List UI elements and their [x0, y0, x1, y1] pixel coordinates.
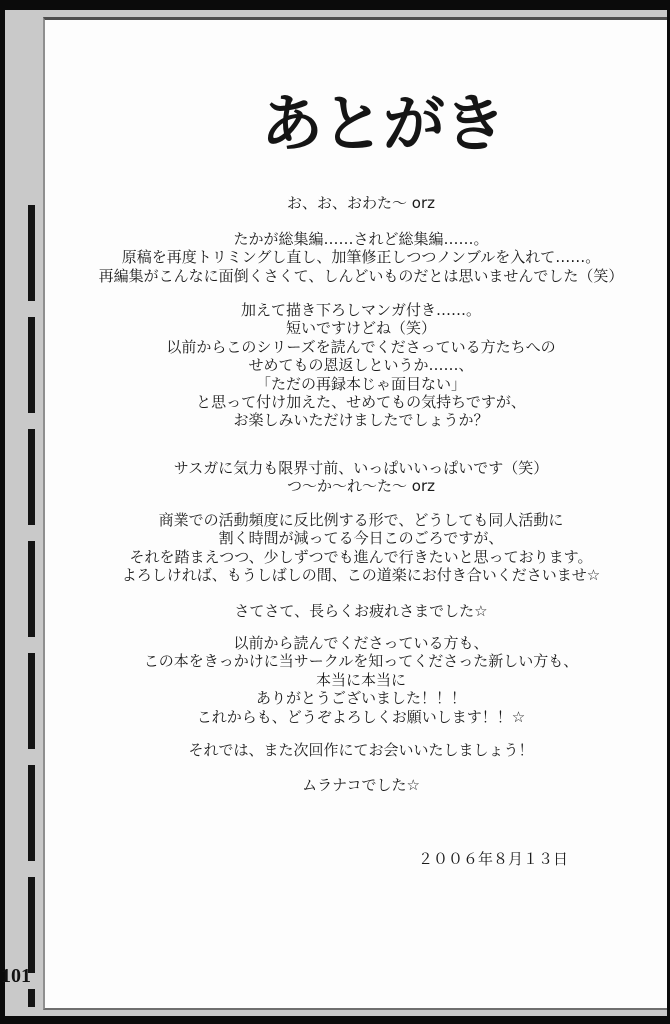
afterword-paragraph-opening: お、お、おわた～ orz — [50, 194, 670, 212]
text-line: この本をきっかけに当サークルを知ってくださった新しい方も、 — [50, 652, 670, 670]
text-line: さてさて、長らくお疲れさまでした☆ — [50, 602, 670, 620]
text-line: 本当に本当に — [50, 671, 670, 689]
text-line: 商業での活動頻度に反比例する形で、どうしても同人活動に — [50, 511, 670, 529]
afterword-paragraph-farewell: それでは、また次回作にてお会いいたしましょう！ — [50, 741, 670, 759]
text-line: 再編集がこんなに面倒くさくて、しんどいものだとは思いませんでした（笑） — [50, 267, 670, 285]
text-line: お楽しみいただけましたでしょうか？ — [50, 411, 670, 429]
afterword-paragraph-signature: ムラナコでした☆ — [50, 776, 670, 794]
text-line: と思って付け加えた、せめてもの気持ちですが、 — [50, 393, 670, 411]
page-number: 101 — [1, 966, 31, 986]
text-line: 原稿を再度トリミングし直し、加筆修正しつつノンブルを入れて……。 — [50, 248, 670, 266]
text-line: それでは、また次回作にてお会いいたしましょう！ — [50, 741, 670, 759]
text-line: 以前からこのシリーズを読んでくださっている方たちへの — [50, 338, 670, 356]
afterword-paragraph-compilation: たかが総集編……されど総集編……。原稿を再度トリミングし直し、加筆修正しつつノン… — [50, 230, 670, 285]
scanned-afterword-page: { "page": { "title": "あとがき", "page_numbe… — [0, 0, 670, 1024]
text-line: 以前から読んでくださっている方も、 — [50, 634, 670, 652]
afterword-paragraph-thanks-intro: さてさて、長らくお疲れさまでした☆ — [50, 602, 670, 620]
text-line: これからも、どうぞよろしくお願いします！！☆ — [50, 708, 670, 726]
afterword-paragraph-activity: 商業での活動頻度に反比例する形で、どうしても同人活動に割く時間が減ってる今日この… — [50, 511, 670, 585]
date-line: ２００６年８月１３日 — [343, 850, 643, 868]
text-line: 加えて描き下ろしマンガ付き……。 — [50, 301, 670, 319]
text-line: それを踏まえつつ、少しずつでも進んで行きたいと思っております。 — [50, 548, 670, 566]
text-line: サスガに気力も限界寸前、いっぱいいっぱいです（笑） — [50, 459, 670, 477]
afterword-paragraph-bonus-manga: 加えて描き下ろしマンガ付き……。短いですけどね（笑）以前からこのシリーズを読んで… — [50, 301, 670, 430]
text-line: よろしければ、もうしばしの間、この道楽にお付き合いくださいませ☆ — [50, 566, 670, 584]
afterword-paragraph-gratitude: 以前から読んでくださっている方も、この本をきっかけに当サークルを知ってくださった… — [50, 634, 670, 726]
binding-shadow-dashes — [28, 205, 35, 1007]
text-line: たかが総集編……されど総集編……。 — [50, 230, 670, 248]
page-title: あとがき — [72, 84, 670, 164]
text-line: お、お、おわた～ orz — [50, 194, 670, 212]
text-line: 割く時間が減ってる今日このごろですが、 — [50, 529, 670, 547]
text-line: つ～か～れ～た～ orz — [50, 477, 670, 495]
text-line: 短いですけどね（笑） — [50, 319, 670, 337]
text-line: ムラナコでした☆ — [50, 776, 670, 794]
text-line: 「ただの再録本じゃ面目ない」 — [50, 375, 670, 393]
text-line: ありがとうございました！！！ — [50, 689, 670, 707]
text-line: せめてもの恩返しというか……、 — [50, 356, 670, 374]
afterword-paragraph-exhausted: サスガに気力も限界寸前、いっぱいいっぱいです（笑）つ～か～れ～た～ orz — [50, 459, 670, 496]
